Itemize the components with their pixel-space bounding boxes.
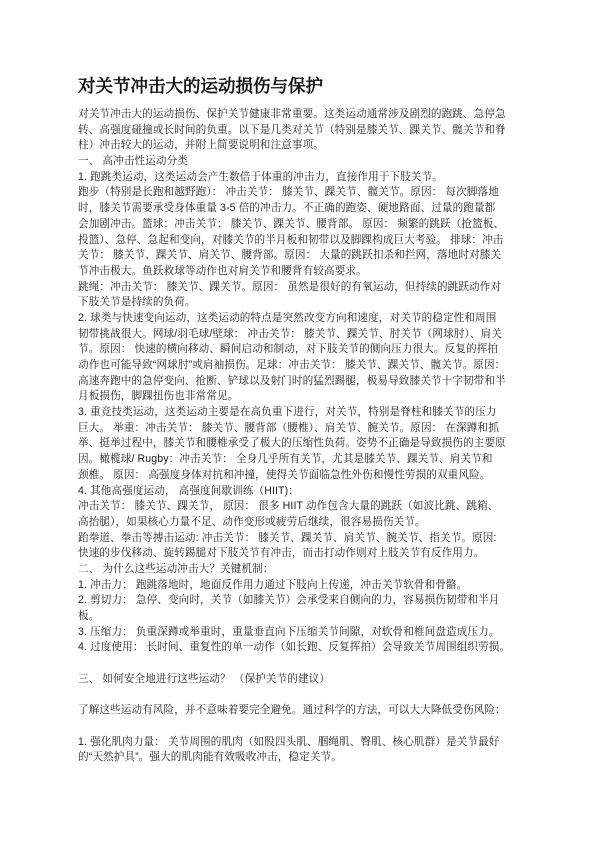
- page-title: 对关节冲击大的运动损伤与保护: [78, 76, 522, 96]
- text-line: 3. 重竞技类运动，这类运动主要是在高负重下进行，对关节，特别是脊柱和膝关节的压…: [78, 405, 522, 421]
- text-line: 了解这些运动有风险，并不意味着要完全避免。通过科学的方法，可以大大降低受伤风险：: [78, 703, 522, 719]
- text-line: 关节： 膝关节、踝关节、肩关节、腰背部。原因： 大量的跳跃扣杀和拦网，落地时对膝…: [78, 248, 522, 264]
- text-line: 时，膝关节需要承受身体重量 3-5 倍的冲击力。不正确的跑姿、硬地路面、过量的跑…: [78, 201, 522, 217]
- text-line: 柱）冲击较大的运动，并附上简要说明和注意事项。: [78, 138, 522, 154]
- text-line: 2. 球类与快速变向运动，这类运动的特点是突然改变方向和速度，对关节的稳定性和周…: [78, 311, 522, 327]
- text-line: 1. 强化肌肉力量： 关节周围的肌肉（如股四头肌、腘绳肌、臀肌、核心肌群）是关节…: [78, 735, 522, 751]
- text-line: 韧带挑战很大。网球/羽毛球/壁球： 冲击关节： 膝关节、踝关节、肘关节（网球肘）…: [78, 327, 522, 343]
- text-line: 跳绳：冲击关节： 膝关节、踝关节。原因： 虽然是很好的有氧运动，但持续的跳跃动作…: [78, 280, 522, 296]
- text-line: 4. 其他高强度运动， 高强度间歇训练（HIIT)：: [78, 484, 522, 500]
- text-line: 节冲击极大。鱼跃救球等动作也对肩关节和腰背有较高要求。: [78, 264, 522, 280]
- text-line: 跑步（特别是长跑和越野跑）： 冲击关节： 膝关节、踝关节、髋关节。原因： 每次脚…: [78, 185, 522, 201]
- text-line: 冲击关节： 膝关节、踝关节， 原因： 很多 HIIT 动作包含大量的跳跃（如波比…: [78, 499, 522, 515]
- text-line: 1. 跑跳类运动，这类运动会产生数倍于体重的冲击力，直接作用于下肢关节。: [78, 170, 522, 186]
- text-line: 的“天然护具”。强大的肌肉能有效吸收冲击，稳定关节。: [78, 750, 522, 766]
- text-line: 动作也可能导致“网球肘”或肩袖损伤。足球：冲击关节： 膝关节、踝关节、髋关节。原…: [78, 358, 522, 374]
- text-line: 1. 冲击力： 跑跳落地时，地面反作用力通过下肢向上传递，冲击关节软骨和骨骼。: [78, 578, 522, 594]
- text-line: 4. 过度使用： 长时间、重复性的单一动作（如长跑、反复挥拍）会导致关节周围组织…: [78, 640, 522, 656]
- text-line: 快速的步伐移动、旋转踢腿对下肢关节有冲击，而击打动作则对上肢关节有反作用力。: [78, 546, 522, 562]
- document-page: 对关节冲击大的运动损伤与保护 对关节冲击大的运动损伤、保护关节健康非常重要。这类…: [0, 0, 595, 841]
- text-line: [78, 687, 522, 703]
- text-line: 高抬腿），如果核心力量不足、动作变形或疲劳后继续，很容易损伤关节。: [78, 515, 522, 531]
- document-content: 对关节冲击大的运动损伤与保护 对关节冲击大的运动损伤、保护关节健康非常重要。这类…: [78, 76, 522, 766]
- text-line: 巨大。 举重：冲击关节： 膝关节、腰背部（腰椎）、肩关节、腕关节。原因： 在深蹲…: [78, 421, 522, 437]
- text-line: 颈椎。 原因： 高强度身体对抗和冲撞，使得关节面临急性外伤和慢性劳损的双重风险。: [78, 468, 522, 484]
- text-line: 二、 为什么这些运动冲击大？关键机制：: [78, 562, 522, 578]
- text-line: 举、挺举过程中，膝关节和腰椎承受了极大的压缩性负荷。姿势不正确是导致损伤的主要原: [78, 436, 522, 452]
- text-line: 对关节冲击大的运动损伤、保护关节健康非常重要。这类运动通常涉及剧烈的跑跳、急停急: [78, 107, 522, 123]
- document-body: 对关节冲击大的运动损伤、保护关节健康非常重要。这类运动通常涉及剧烈的跑跳、急停急…: [78, 107, 522, 766]
- text-line: 高速奔跑中的急停变向、抢断、铲球以及射门时的猛烈踢腿，极易导致膝关节十字韧带和半: [78, 374, 522, 390]
- text-line: 会加剧冲击。篮球：冲击关节： 膝关节、踝关节、腰背部。 原因： 频繁的跳跃（抢篮…: [78, 217, 522, 233]
- text-line: [78, 719, 522, 735]
- text-line: 因。橄榄球/ Rugby：冲击关节： 全身几乎所有关节，尤其是膝关节、踝关节、肩…: [78, 452, 522, 468]
- text-line: [78, 656, 522, 672]
- text-line: 投篮）、急停、急起和变向，对膝关节的半月板和韧带以及脚踝构成巨大考验。 排球：冲…: [78, 233, 522, 249]
- text-line: 下肢关节是持续的负荷。: [78, 295, 522, 311]
- text-line: 月板损伤，脚踝扭伤也非常常见。: [78, 389, 522, 405]
- text-line: 板。: [78, 609, 522, 625]
- text-line: 跆拳道、拳击等搏击运动: 冲击关节： 膝关节、踝关节、肩关节、腕关节、指关节。原…: [78, 531, 522, 547]
- text-line: 2. 剪切力： 急停、变向时，关节（如膝关节）会承受来自侧向的力，容易损伤韧带和…: [78, 593, 522, 609]
- text-line: 转、高强度碰撞或长时间的负重。以下是几类对关节（特别是膝关节、踝关节、髋关节和脊: [78, 123, 522, 139]
- text-line: 一、 高冲击性运动分类: [78, 154, 522, 170]
- text-line: 节。原因： 快速的横向移动、瞬间启动和制动，对下肢关节的侧向压力很大。反复的挥拍: [78, 342, 522, 358]
- text-line: 三、 如何安全地进行这些运动？ （保护关节的建议）: [78, 672, 522, 688]
- text-line: 3. 压缩力： 负重深蹲或举重时，重量垂直向下压缩关节间隙，对软骨和椎间盘造成压…: [78, 625, 522, 641]
